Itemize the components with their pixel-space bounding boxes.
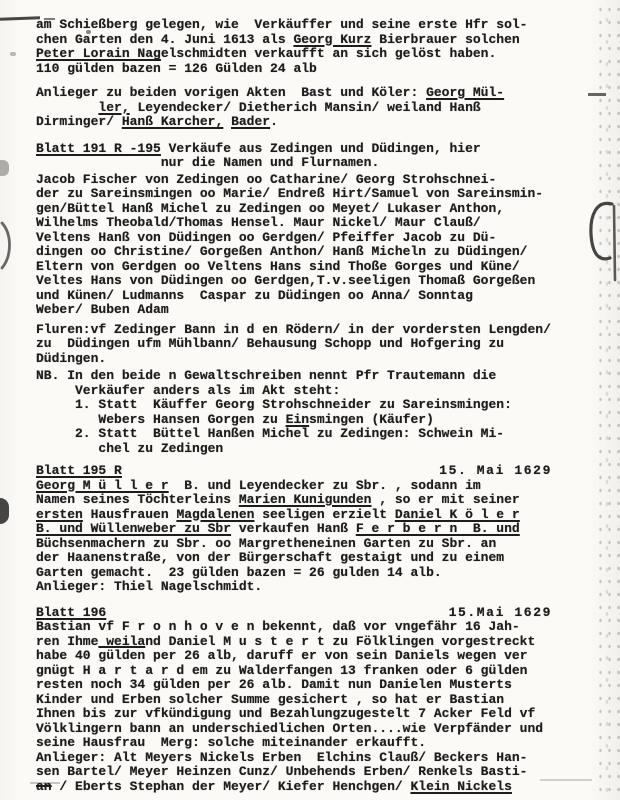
text-run: per 26 alb, daruff er von sein Daniels w… (145, 648, 527, 663)
text-run: am Schießberg gelegen, wie Verkäuffer un… (36, 17, 527, 32)
line-text: Anlieger: Alt Meyers Nickels Erben Elchi… (36, 750, 527, 765)
text-run: verkaufen Hanß (231, 521, 356, 536)
text-line: sen Bartel/ Meyer Heinzen Cunz/ Unbehend… (36, 765, 566, 780)
text-line: Düdingen. (36, 352, 566, 367)
date-text: 15. Mai 1629 (439, 464, 552, 479)
section-nb-vermerk: NB. In den beide n Gewaltschreiben nennt… (36, 369, 566, 456)
section-namen-liste: Jacob Fischer von Zedingen oo Catharine/… (36, 173, 566, 318)
text-line: am Schießberg gelegen, wie Verkäuffer un… (36, 18, 566, 33)
line-text: Veltes Hans von Düdingen oo Gerdgen,T.v.… (36, 273, 535, 288)
text-run: habe 40 (36, 648, 98, 663)
text-line: Fluren:vf Zedinger Bann in d en Rödern/ … (36, 323, 566, 338)
text-run: / Eberts Stephan der Meyer/ Kiefer Hench… (52, 779, 411, 794)
text-run: Wilhelms Theobald/Thomas Hensel. Maur Ni… (36, 215, 481, 230)
text-line: NB. In den beide n Gewaltschreiben nennt… (36, 369, 566, 384)
text-line: habe 40 gülden per 26 alb, daruff er von… (36, 649, 566, 664)
heading-line: Blatt 19615.Mai 1629 (36, 606, 566, 621)
text-run: . (270, 114, 278, 129)
text-run: gnügt H a r t a r d em zu Walderfangen 1… (36, 663, 527, 678)
text-line: Verkäufer anders als im Akt steht: (36, 384, 566, 399)
line-text: Georg M ü l l e r B. und Leyendecker zu … (36, 478, 481, 493)
text-run: Anlieger: Thiel Nagelschmidt. (36, 579, 262, 594)
text-line: ren Ihme weiland Daniel M u s t e r t zu… (36, 635, 566, 650)
text-line: dingen oo Christine/ Gorgeßen Anthon/ Ha… (36, 245, 566, 260)
underlined-text: Peter Lorain (36, 46, 130, 61)
section-fluren: Fluren:vf Zedinger Bann in d en Rödern/ … (36, 323, 566, 367)
line-text: 1. Statt Käuffer Georg Strohschneider zu… (36, 397, 512, 412)
text-line: B. und Wüllenweber zu Sbr verkaufen Hanß… (36, 522, 566, 537)
text-run: Veltes Hans von Düdingen oo Gerdgen,T.v.… (36, 273, 535, 288)
text-line: resten noch 34 gülden per 26 alb. Damit … (36, 678, 566, 693)
date-text: 15.Mai 1629 (449, 606, 552, 621)
line-text: Webers Hansen Gorgen zu Einsmingen (Käuf… (36, 412, 434, 427)
text-run: seine Hausfrau Merg: solche miteinander … (36, 735, 426, 750)
line-text: 110 gülden bazen = 126 Gülden 24 alb (36, 61, 317, 76)
text-line: Wilhelms Theobald/Thomas Hensel. Maur Ni… (36, 216, 566, 231)
line-text: NB. In den beide n Gewaltschreiben nennt… (36, 368, 496, 383)
text-line: chel zu Zedingen (36, 442, 566, 457)
line-text: B. und Wüllenweber zu Sbr verkaufen Hanß… (36, 521, 520, 536)
text-run: Fluren:vf Zedinger Bann in d en Rödern/ … (36, 322, 551, 337)
text-line: Garten gemacht. 23 gülden bazen = 26 gul… (36, 566, 566, 581)
text-run: Hausfrauen (83, 507, 177, 522)
line-text: sen Bartel/ Meyer Heinzen Cunz/ Unbehend… (36, 764, 527, 779)
underlined-text: ler, (98, 100, 129, 115)
text-run: Bierbrauer solchen (371, 32, 519, 47)
text-run: Büchsenmachern zu Sbr. oo Margretheneine… (36, 536, 496, 551)
line-text: Garten gemacht. 23 gülden bazen = 26 gul… (36, 565, 442, 580)
line-text: Verkäufer anders als im Akt steht: (36, 383, 340, 398)
underlined-text: Blatt 195 R (36, 463, 122, 478)
underlined-text: Ein (286, 412, 309, 427)
pen-mark-left-curve (0, 220, 16, 272)
line-text: Düdingen. (36, 351, 106, 366)
text-line: Bastian vf F r o n h o v e n bekennt, da… (36, 620, 566, 635)
line-text: am Schießberg gelegen, wie Verkäuffer un… (36, 17, 527, 32)
line-text: 2. Statt Büttel Hanßen Michel zu Zedinge… (36, 426, 504, 441)
line-text: Blatt 191 R -195 Verkäufe aus Zedingen u… (36, 141, 481, 156)
scan-artifact-speck (86, 30, 91, 34)
overlined-text: gülden (98, 648, 145, 663)
scan-artifact-dash (0, 16, 40, 20)
text-run: Düdingen. (36, 351, 106, 366)
text-line: gnügt H a r t a r d em zu Walderfangen 1… (36, 664, 566, 679)
line-text: der zu Sareinsmingen oo Marie/ Endreß Hi… (36, 186, 543, 201)
underlined-text: Magdalenen (176, 507, 254, 522)
text-run: Verkäufe aus Zedingen und Düdingen, hier (161, 141, 481, 156)
underlined-text: Klein Nickels (410, 779, 511, 794)
text-run: seeligen erzielt (254, 507, 394, 522)
text-line: Ihnen bis zur vfkündigung und Bezahlungz… (36, 707, 566, 722)
line-text: Dirminger/ Hanß Karcher, Bader. (36, 114, 278, 129)
line-text: seine Hausfrau Merg: solche miteinander … (36, 735, 426, 750)
text-line: der zu Sareinsmingen oo Marie/ Endreß Hi… (36, 187, 566, 202)
text-line: Anlieger: Thiel Nagelschmidt. (36, 580, 566, 595)
text-run: der zu Sareinsmingen oo Marie/ Endreß Hi… (36, 186, 543, 201)
text-line: nur die Namen und Flurnamen. (36, 156, 566, 171)
text-line: ersten Hausfrauen Magdalenen seeligen er… (36, 508, 566, 523)
line-text: Wilhelms Theobald/Thomas Hensel. Maur Ni… (36, 215, 481, 230)
text-line: Jacob Fischer von Zedingen oo Catharine/… (36, 173, 566, 188)
pen-mark-right-loop (586, 200, 620, 286)
line-text: gnügt H a r t a r d em zu Walderfangen 1… (36, 663, 527, 678)
line-text: Kinder und Erben solcher Summe gesichert… (36, 692, 504, 707)
text-run: Leyendecker/ Dietherich Mansin/ weiland … (130, 100, 481, 115)
scan-noise-right-edge (594, 0, 620, 800)
heading-line: Blatt 195 R15. Mai 1629 (36, 464, 566, 479)
text-line: Veltens Hanß von Düdingen oo Gerdgen/ Pf… (36, 231, 566, 246)
line-text: Büchsenmachern zu Sbr. oo Margretheneine… (36, 536, 496, 551)
text-run: = 126 Gülden 24 alb (161, 61, 317, 76)
text-run: Eltern von Gerdgen oo Veltens Hans sind … (36, 259, 520, 274)
text-line: Peter Lorain Nagelschmidten verkaufft an… (36, 47, 566, 62)
section-anlieger-akten: Anlieger zu beiden vorigen Akten Bast un… (36, 86, 566, 130)
text-line: der Haanenstraße, von der Bürgerschaft g… (36, 551, 566, 566)
underlined-text: F e r b e r n B. und (356, 521, 520, 536)
text-run (36, 100, 98, 115)
text-line: Büchsenmachern zu Sbr. oo Margretheneine… (36, 537, 566, 552)
text-run: sen Bartel/ Meyer Heinzen Cunz/ Unbehend… (36, 764, 527, 779)
text-line: Blatt 191 R -195 Verkäufe aus Zedingen u… (36, 142, 566, 157)
underlined-text: Georg M ü l l e r (36, 478, 169, 493)
text-run: Ihnen bis zur vfkündigung und Bezahlungz… (36, 706, 535, 721)
text-line: an / Eberts Stephan der Meyer/ Kiefer He… (36, 780, 566, 795)
text-run: und Künen/ Ludmanns Caspar zu Düdingen o… (36, 288, 473, 303)
text-run: Anlieger zu beiden vorigen Akten Bast un… (36, 85, 426, 100)
text-run: resten noch 34 gülden per 26 alb. Damit … (36, 677, 512, 692)
text-run: 2. Statt Büttel Hanßen Michel zu Zedinge… (36, 426, 504, 441)
text-line: Eltern von Gerdgen oo Veltens Hans sind … (36, 260, 566, 275)
text-run: Nagelschmidten verkaufft an sich gelöst … (130, 46, 497, 61)
line-text: Ihnen bis zur vfkündigung und Bezahlungz… (36, 706, 535, 721)
underlined-text: Bader (231, 114, 270, 129)
section-blatt-196: Blatt 19615.Mai 1629Bastian vf F r o n h… (36, 606, 566, 795)
text-run: Jacob Fischer von Zedingen oo Catharine/… (36, 172, 496, 187)
line-text: Blatt 196 (36, 606, 106, 621)
line-text: dingen oo Christine/ Gorgeßen Anthon/ Ha… (36, 244, 527, 259)
line-text: nur die Namen und Flurnamen. (36, 155, 379, 170)
text-run: Dirminger/ (36, 114, 122, 129)
text-line: Namen seines Töchterleins Marien Kunigun… (36, 493, 566, 508)
underlined-text: Georg Mül- (426, 85, 504, 100)
line-text: ler, Leyendecker/ Dietherich Mansin/ wei… (36, 100, 481, 115)
text-line: zu Düdingen ufm Mühlbann/ Behausung Scho… (36, 337, 566, 352)
text-run: Veltens Hanß von Düdingen oo Gerdgen/ Pf… (36, 230, 496, 245)
line-text: und Künen/ Ludmanns Caspar zu Düdingen o… (36, 288, 473, 303)
line-text: Blatt 195 R (36, 464, 122, 479)
text-run (223, 114, 231, 129)
underlined-text: Marien Kunigunden (239, 492, 372, 507)
text-run: ren Ihme weiland Daniel M u s t e r t zu… (36, 634, 535, 649)
document-body: am Schießberg gelegen, wie Verkäuffer un… (36, 18, 566, 794)
text-run: Kinder und Erben solcher Summe gesichert… (36, 692, 504, 707)
text-run: Webers Hansen Gorgen zu (36, 412, 286, 427)
text-run: chen Garten den 4. Juni 1613 als (36, 32, 293, 47)
line-text: Namen seines Töchterleins Marien Kunigun… (36, 492, 520, 507)
text-run: Garten gemacht. 23 gülden bazen = 26 gul… (36, 565, 442, 580)
line-text: Bastian vf F r o n h o v e n bekennt, da… (36, 619, 520, 634)
text-run: Bastian vf F r o n h o v e n bekennt, da… (36, 619, 520, 634)
line-text: chen Garten den 4. Juni 1613 als Georg K… (36, 32, 520, 47)
underlined-text: Georg Kurz (293, 32, 371, 47)
line-text: Fluren:vf Zedinger Bann in d en Rödern/ … (36, 322, 551, 337)
text-run: Weber/ Buben Adam (36, 302, 169, 317)
text-line: 110 gülden bazen = 126 Gülden 24 alb (36, 62, 566, 77)
line-text: gen/Büttel Hanß Michel zu Zedingen oo Me… (36, 201, 504, 216)
text-line: 1. Statt Käuffer Georg Strohschneider zu… (36, 398, 566, 413)
text-line: Völklingern bann an underschiedlichen Or… (36, 722, 566, 737)
line-text: habe 40 gülden per 26 alb, daruff er von… (36, 648, 528, 663)
scan-artifact-blob (0, 498, 9, 524)
line-text: Völklingern bann an underschiedlichen Or… (36, 721, 543, 736)
text-run: gen/Büttel Hanß Michel zu Zedingen oo Me… (36, 201, 504, 216)
text-run: , so er mit seiner (371, 492, 519, 507)
text-run: smingen (Käufer) (309, 412, 434, 427)
scan-artifact-dash (30, 782, 60, 784)
text-run: Verkäufer anders als im Akt steht: (36, 383, 340, 398)
text-line: gen/Büttel Hanß Michel zu Zedingen oo Me… (36, 202, 566, 217)
section-intro: am Schießberg gelegen, wie Verkäuffer un… (36, 18, 566, 76)
text-run: 1. Statt Käuffer Georg Strohschneider zu… (36, 397, 512, 412)
line-text: der Haanenstraße, von der Bürgerschaft g… (36, 550, 504, 565)
scan-artifact-dash (588, 93, 606, 96)
overlined-text: 110 gülden bazen (36, 61, 161, 76)
line-text: Veltens Hanß von Düdingen oo Gerdgen/ Pf… (36, 230, 496, 245)
line-text: an / Eberts Stephan der Meyer/ Kiefer He… (36, 779, 512, 794)
text-line: Webers Hansen Gorgen zu Einsmingen (Käuf… (36, 413, 566, 428)
text-line: Anlieger zu beiden vorigen Akten Bast un… (36, 86, 566, 101)
text-line: Kinder und Erben solcher Summe gesichert… (36, 693, 566, 708)
underlined-text: Blatt 191 R -195 (36, 141, 161, 156)
line-text: Eltern von Gerdgen oo Veltens Hans sind … (36, 259, 520, 274)
underlined-text: ersten (36, 507, 83, 522)
text-run: Anlieger: Alt Meyers Nickels Erben Elchi… (36, 750, 527, 765)
text-run: zu Düdingen ufm Mühlbann/ Behausung Scho… (36, 336, 504, 351)
struck-text: an (36, 779, 52, 794)
line-text: Anlieger: Thiel Nagelschmidt. (36, 579, 262, 594)
text-line: Georg M ü l l e r B. und Leyendecker zu … (36, 479, 566, 494)
line-text: Peter Lorain Nagelschmidten verkaufft an… (36, 46, 496, 61)
text-line: und Künen/ Ludmanns Caspar zu Düdingen o… (36, 289, 566, 304)
line-text: Anlieger zu beiden vorigen Akten Bast un… (36, 85, 504, 100)
scan-artifact-dash (540, 779, 592, 781)
text-line: seine Hausfrau Merg: solche miteinander … (36, 736, 566, 751)
text-line: chen Garten den 4. Juni 1613 als Georg K… (36, 33, 566, 48)
text-line: Veltes Hans von Düdingen oo Gerdgen,T.v.… (36, 274, 566, 289)
line-text: zu Düdingen ufm Mühlbann/ Behausung Scho… (36, 336, 504, 351)
line-text: Jacob Fischer von Zedingen oo Catharine/… (36, 172, 496, 187)
underlined-text: B. und Wüllenweber zu Sbr (36, 521, 231, 536)
line-text: ren Ihme weiland Daniel M u s t e r t zu… (36, 634, 535, 649)
underlined-text: Blatt 196 (36, 605, 106, 620)
underlined-text: Daniel K ö l e r (395, 507, 520, 522)
text-run: chel zu Zedingen (36, 441, 223, 456)
line-text: ersten Hausfrauen Magdalenen seeligen er… (36, 507, 520, 522)
scan-artifact-blob (0, 160, 9, 176)
scan-artifact-speck (10, 52, 16, 56)
line-text: Weber/ Buben Adam (36, 302, 169, 317)
text-line: 2. Statt Büttel Hanßen Michel zu Zedinge… (36, 427, 566, 442)
text-run: NB. In den beide n Gewaltschreiben nennt… (36, 368, 496, 383)
line-text: chel zu Zedingen (36, 441, 223, 456)
section-blatt-195: Blatt 195 R15. Mai 1629Georg M ü l l e r… (36, 464, 566, 595)
section-blatt-191: Blatt 191 R -195 Verkäufe aus Zedingen u… (36, 142, 566, 171)
text-line: Anlieger: Alt Meyers Nickels Erben Elchi… (36, 751, 566, 766)
text-line: ler, Leyendecker/ Dietherich Mansin/ wei… (36, 101, 566, 116)
text-line: Dirminger/ Hanß Karcher, Bader. (36, 115, 566, 130)
line-text: resten noch 34 gülden per 26 alb. Damit … (36, 677, 512, 692)
text-run: B. und Leyendecker zu Sbr. , sodann im (169, 478, 481, 493)
underlined-text: Hanß Karcher, (122, 114, 223, 129)
text-run: Namen seines Töchterleins (36, 492, 239, 507)
text-run: dingen oo Christine/ Gorgeßen Anthon/ Ha… (36, 244, 527, 259)
text-line: Weber/ Buben Adam (36, 303, 566, 318)
scan-artifact-dash (44, 18, 55, 20)
text-run: Völklingern bann an underschiedlichen Or… (36, 721, 543, 736)
scanned-page: am Schießberg gelegen, wie Verkäuffer un… (0, 0, 620, 800)
text-run: der Haanenstraße, von der Bürgerschaft g… (36, 550, 504, 565)
text-run: nur die Namen und Flurnamen. (36, 155, 379, 170)
